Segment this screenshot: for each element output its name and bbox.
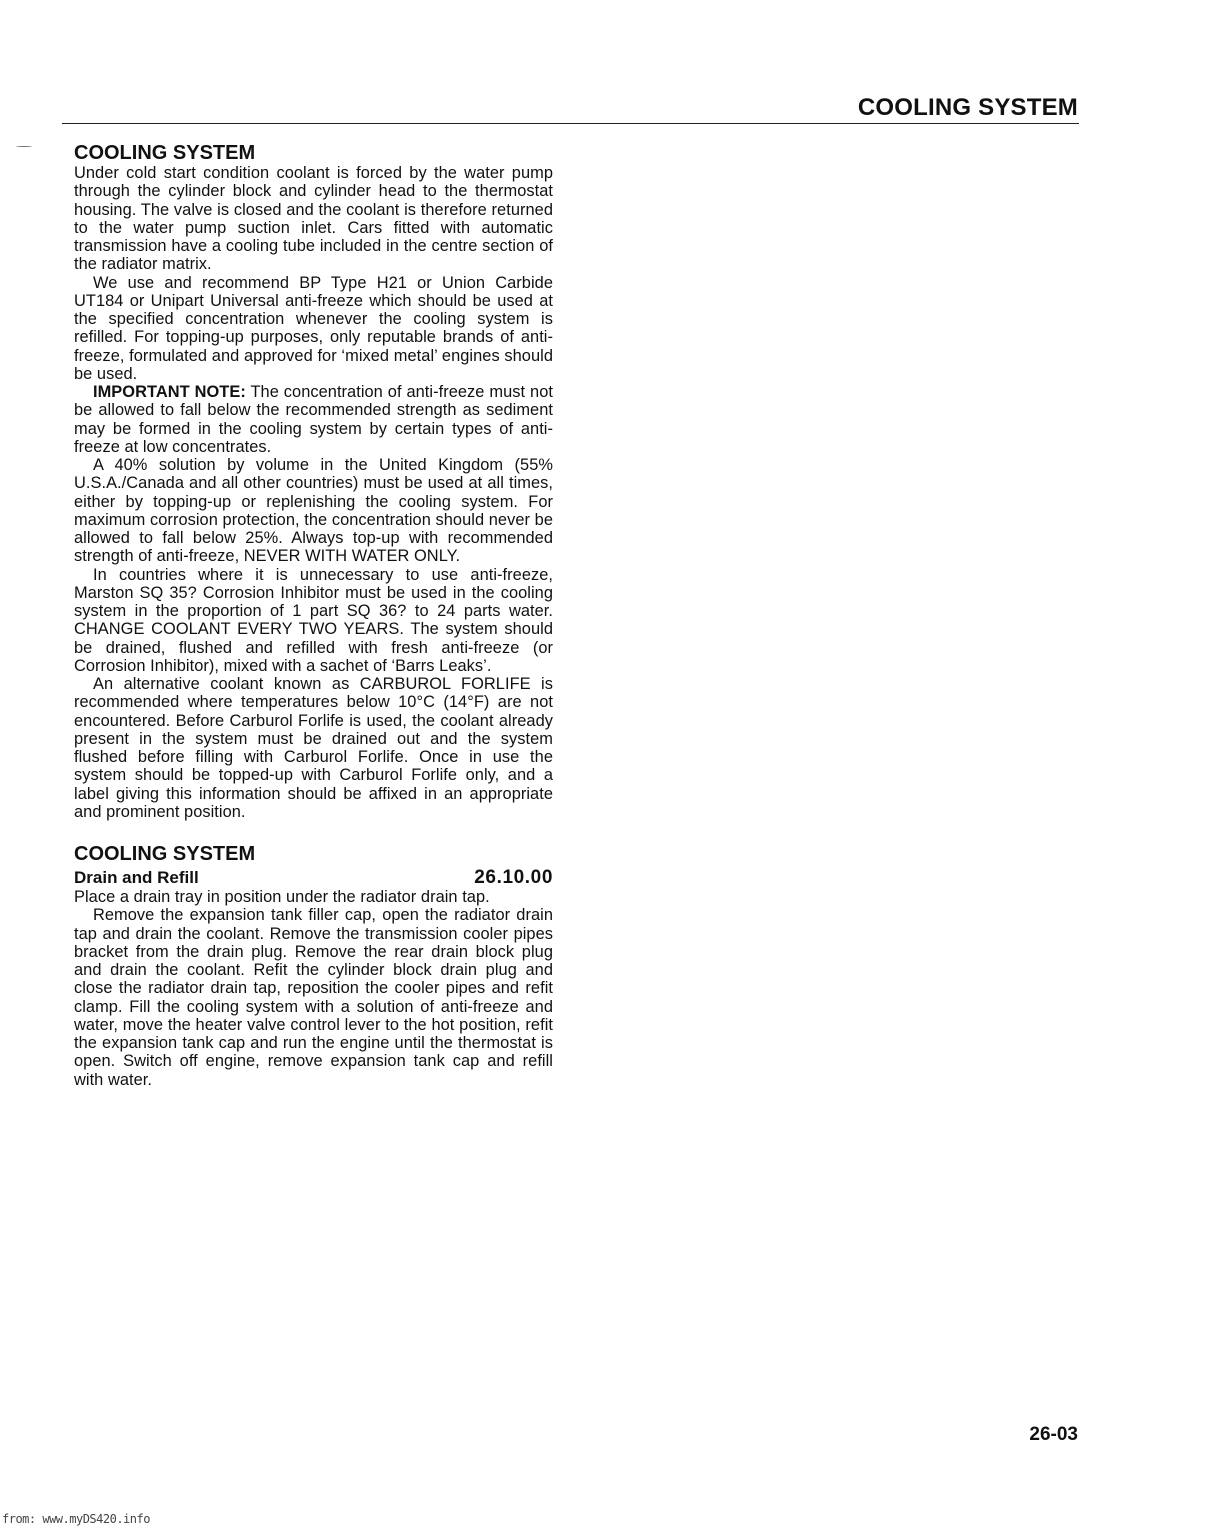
procedure-title: Drain and Refill xyxy=(74,868,199,888)
section-drain-and-refill: COOLING SYSTEM Drain and Refill 26.10.00… xyxy=(74,843,553,1089)
paragraph-carburol-forlife: An alternative coolant known as CARBUROL… xyxy=(74,675,553,821)
page-number: 26-03 xyxy=(1029,1424,1078,1446)
section-title: COOLING SYSTEM xyxy=(74,142,553,164)
running-header-title: COOLING SYSTEM xyxy=(858,94,1078,122)
paragraph-solution-strength: A 40% solution by volume in the United K… xyxy=(74,456,553,566)
source-credit: from: www.myDS420.info xyxy=(2,1512,150,1526)
section-title: COOLING SYSTEM xyxy=(74,843,553,865)
paragraph-corrosion-inhibitor: In countries where it is unnecessary to … xyxy=(74,566,553,676)
paragraph-drain-procedure: Remove the expansion tank filler cap, op… xyxy=(74,906,553,1089)
paragraph-antifreeze-recommendation: We use and recommend BP Type H21 or Unio… xyxy=(74,274,553,384)
section-spacer xyxy=(74,821,553,843)
paragraph-important-note: IMPORTANT NOTE: The concentration of ant… xyxy=(74,383,553,456)
text-column: COOLING SYSTEM Under cold start conditio… xyxy=(74,142,553,1089)
operation-code: 26.10.00 xyxy=(474,868,553,888)
procedure-heading: Drain and Refill 26.10.00 xyxy=(74,868,553,888)
scan-margin-mark xyxy=(16,146,32,147)
paragraph-cold-start: Under cold start condition coolant is fo… xyxy=(74,164,553,274)
paragraph-drain-tray: Place a drain tray in position under the… xyxy=(74,888,553,906)
header-rule xyxy=(62,123,1079,124)
section-cooling-system-overview: COOLING SYSTEM Under cold start conditio… xyxy=(74,142,553,821)
important-note-label: IMPORTANT NOTE: xyxy=(93,383,246,401)
